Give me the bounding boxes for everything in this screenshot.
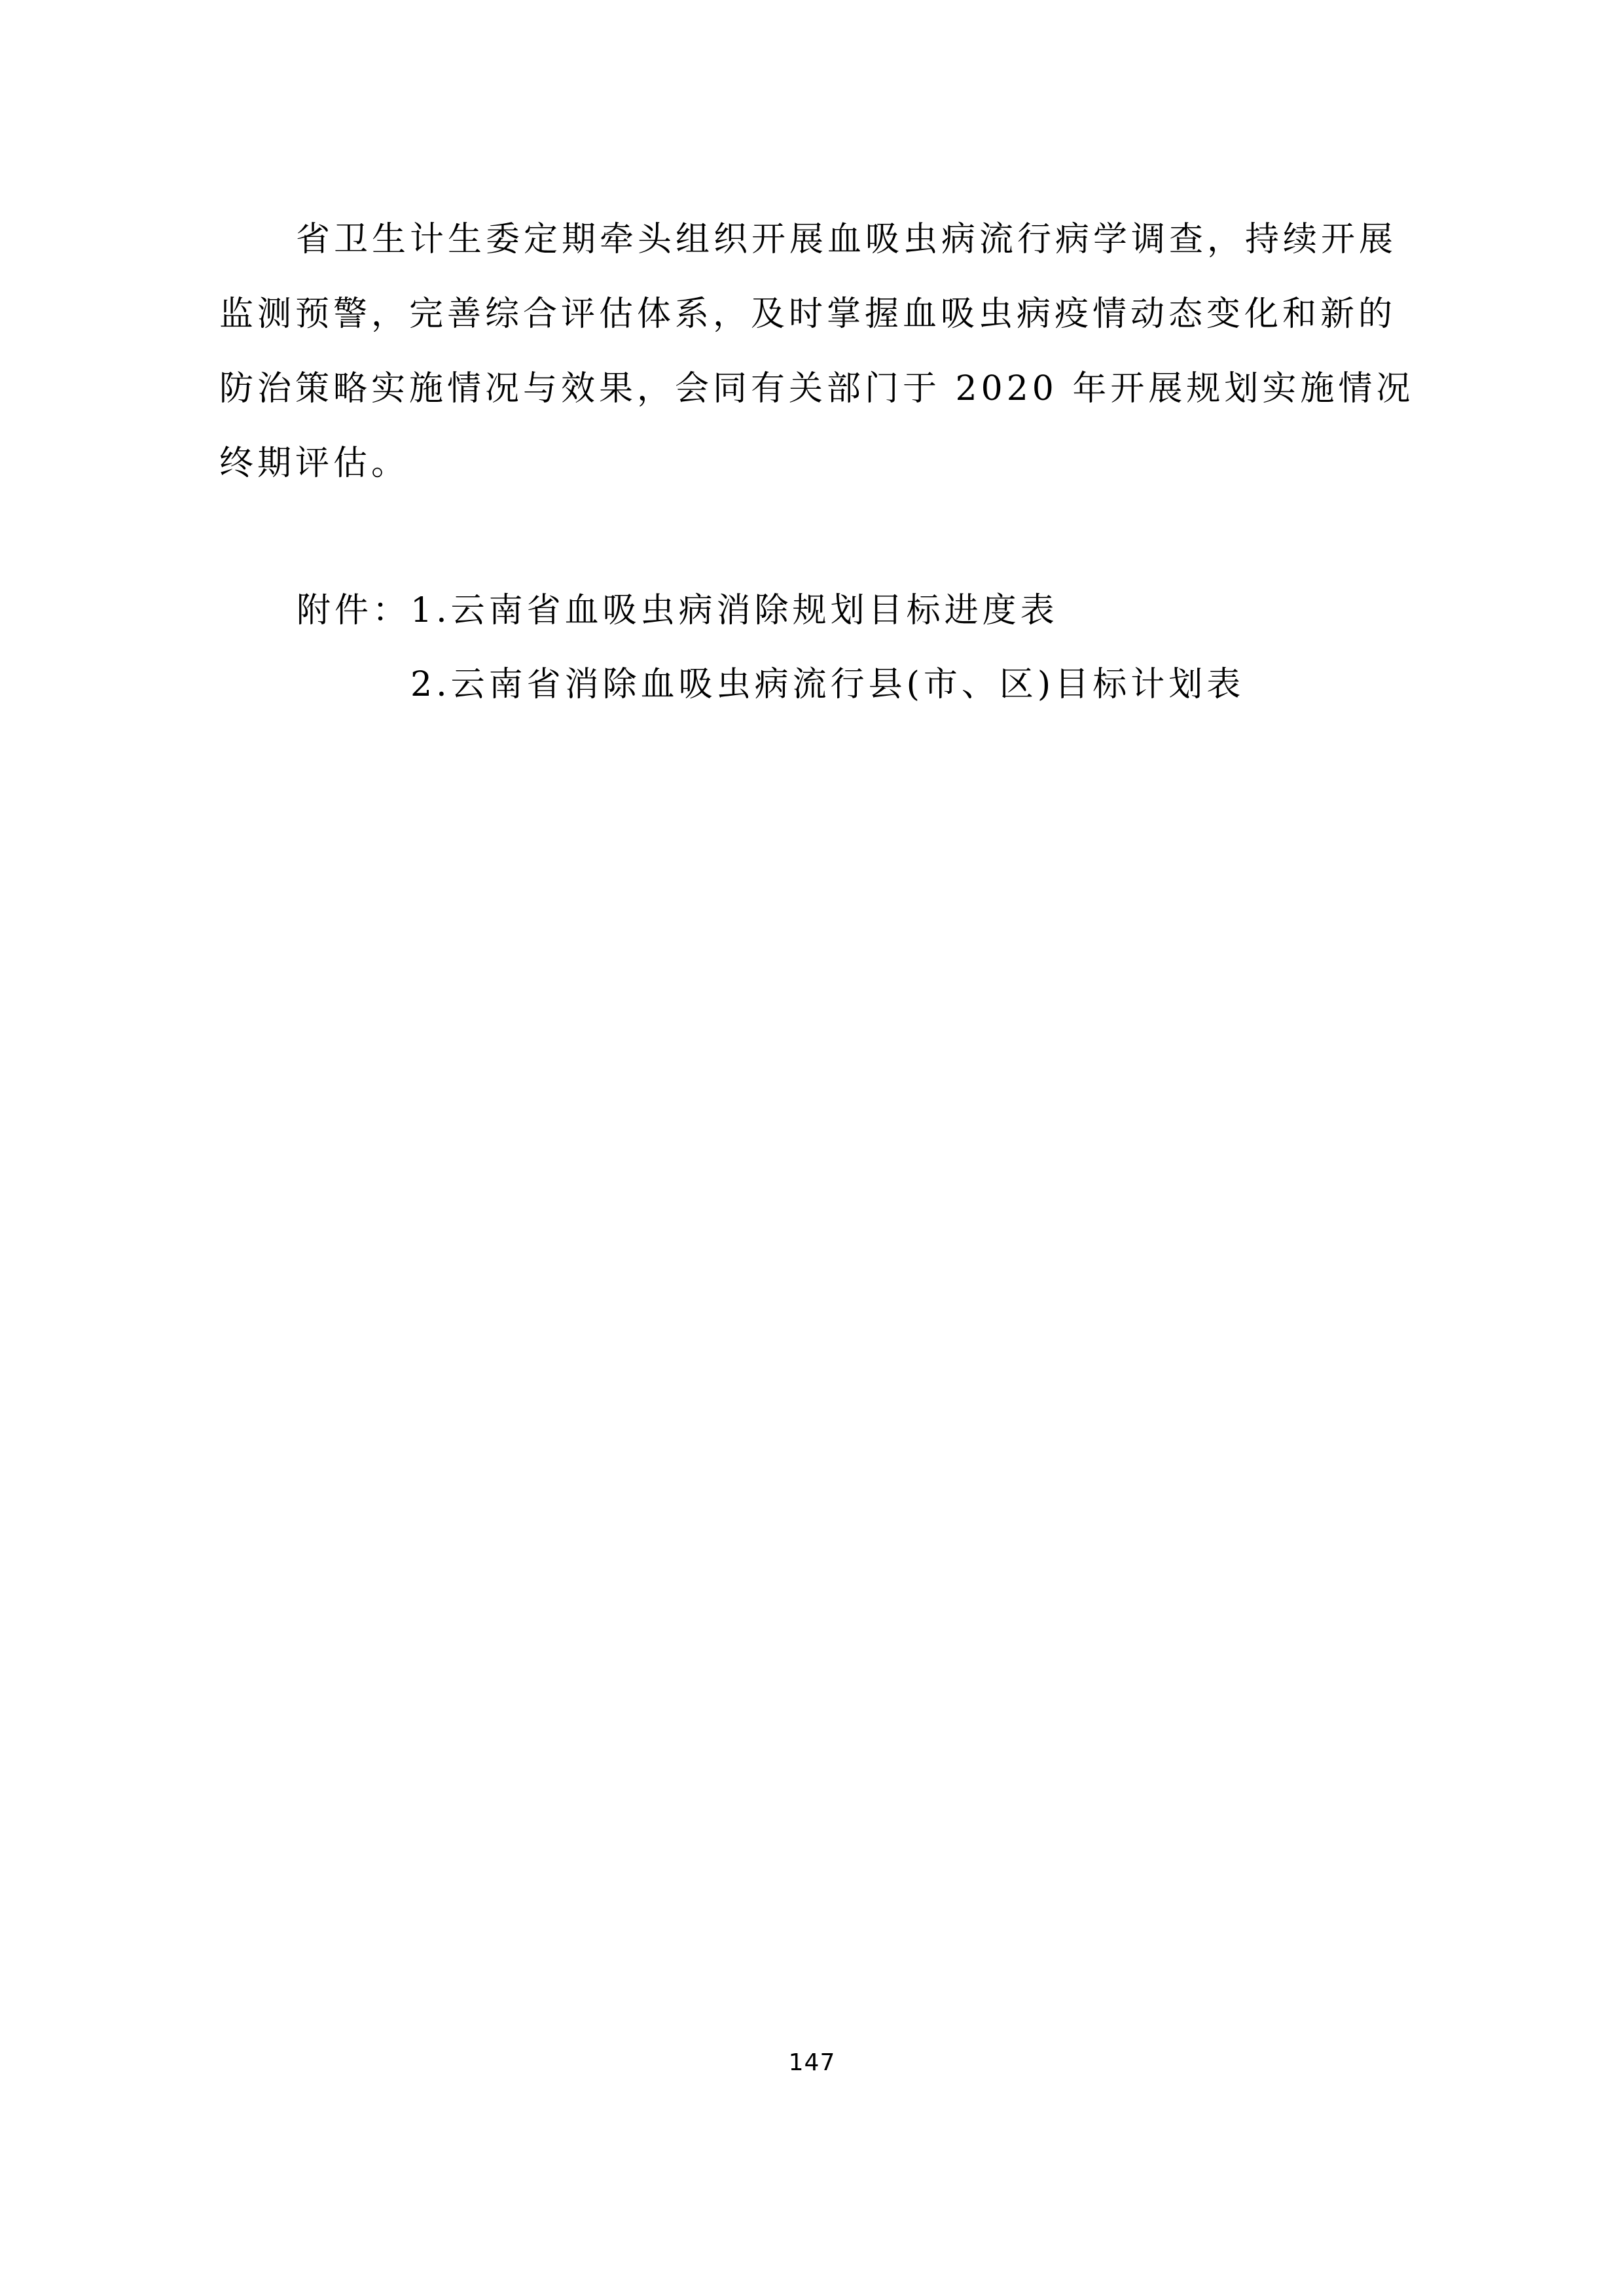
paragraph-line-1: 省卫生计生委定期牵头组织开展血吸虫病流行病学调查，持续开展 <box>296 220 1397 259</box>
attachments-label: 附件： <box>297 591 410 630</box>
paragraph-line-3: 防治策略实施情况与效果，会同有关部门于 2020 年开展规划实施情况 <box>219 369 1414 408</box>
attachment-item-2: 2.云南省消除血吸虫病流行县(市、区)目标计划表 <box>410 665 1244 704</box>
paragraph-line-4: 终期评估。 <box>219 444 409 483</box>
page-number: 147 <box>0 2049 1624 2077</box>
document-page: 省卫生计生委定期牵头组织开展血吸虫病流行病学调查，持续开展 监测预警，完善综合评… <box>0 0 1624 2296</box>
attachment-item-1: 1.云南省血吸虫病消除规划目标进度表 <box>410 591 1058 630</box>
paragraph-line-2: 监测预警，完善综合评估体系，及时掌握血吸虫病疫情动态变化和新的 <box>219 295 1396 334</box>
